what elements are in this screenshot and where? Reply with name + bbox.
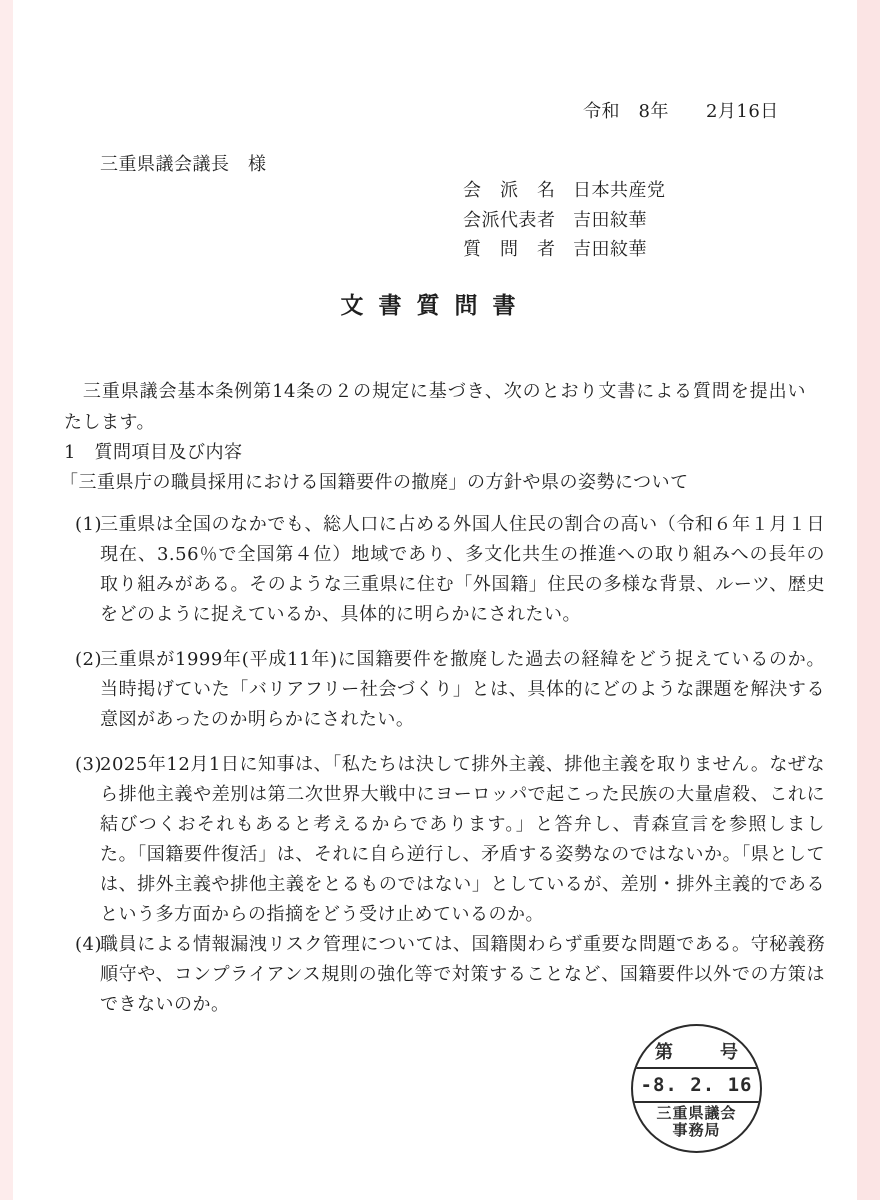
receipt-stamp-org-line2: 事務局 <box>672 1122 720 1139</box>
receipt-stamp-number-row: 第 号 <box>633 1026 760 1067</box>
intro-paragraph: 三重県議会基本条例第14条の２の規定に基づき、次のとおり文書による質問を提出いた… <box>64 376 806 438</box>
document-page: 令和 8年 2月16日 三重県議会議長 様 会 派 名 日本共産党 会派代表者 … <box>0 0 880 1200</box>
sender-questioner-value: 吉田紋華 <box>573 235 647 265</box>
question-item-3-text: 2025年12月1日に知事は、「私たちは決して排外主義、排他主義を取りません。な… <box>100 750 825 930</box>
receipt-stamp-org: 三重県議会 事務局 <box>633 1103 760 1139</box>
document-title: 文書質問書 <box>0 291 856 321</box>
sender-block: 会 派 名 日本共産党 会派代表者 吉田紋華 質 問 者 吉田紋華 <box>463 176 666 265</box>
receipt-stamp-org-line1: 三重県議会 <box>656 1105 736 1122</box>
sender-questioner-label: 質 問 者 <box>463 235 559 265</box>
question-item-1-text: 三重県は全国のなかでも、総人口に占める外国人住民の割合の高い（令和６年１月１日現… <box>100 510 825 630</box>
receipt-stamp-dai: 第 <box>655 1038 673 1064</box>
sender-representative-value: 吉田紋華 <box>573 206 647 236</box>
section-heading: 1 質問項目及び内容 <box>64 438 242 468</box>
question-item-2-number: (2) <box>75 645 102 675</box>
question-item-1: (1) 三重県は全国のなかでも、総人口に占める外国人住民の割合の高い（令和６年１… <box>63 510 825 630</box>
receipt-stamp-date: -8. 2. 16 <box>633 1067 760 1103</box>
receipt-stamp: 第 号 -8. 2. 16 三重県議会 事務局 <box>631 1024 762 1153</box>
sender-faction-value: 日本共産党 <box>573 176 666 206</box>
question-item-2: (2) 三重県が1999年(平成11年)に国籍要件を撤廃した過去の経緯をどう捉え… <box>63 645 825 735</box>
receipt-stamp-go: 号 <box>720 1038 738 1064</box>
sender-representative-label: 会派代表者 <box>463 206 559 236</box>
addressee: 三重県議会議長 様 <box>100 150 267 180</box>
question-item-4: (4) 職員による情報漏洩リスク管理については、国籍関わらず重要な問題である。守… <box>63 930 825 1020</box>
question-item-4-text: 職員による情報漏洩リスク管理については、国籍関わらず重要な問題である。守秘義務順… <box>100 930 825 1020</box>
sender-representative-row: 会派代表者 吉田紋華 <box>463 206 666 236</box>
sender-questioner-row: 質 問 者 吉田紋華 <box>463 235 666 265</box>
section-subject: 「三重県庁の職員採用における国籍要件の撤廃」の方針や県の姿勢について <box>60 468 689 498</box>
question-item-1-number: (1) <box>75 510 102 540</box>
question-item-4-number: (4) <box>75 930 102 960</box>
document-date: 令和 8年 2月16日 <box>583 97 779 127</box>
sender-faction-row: 会 派 名 日本共産党 <box>463 176 666 206</box>
question-item-3-number: (3) <box>75 750 102 780</box>
right-margin-strip <box>857 0 880 1200</box>
left-margin-strip <box>0 0 13 1200</box>
question-item-3: (3) 2025年12月1日に知事は、「私たちは決して排外主義、排他主義を取りま… <box>63 750 825 930</box>
question-item-2-text: 三重県が1999年(平成11年)に国籍要件を撤廃した過去の経緯をどう捉えているの… <box>100 645 825 735</box>
sender-faction-label: 会 派 名 <box>463 176 559 206</box>
